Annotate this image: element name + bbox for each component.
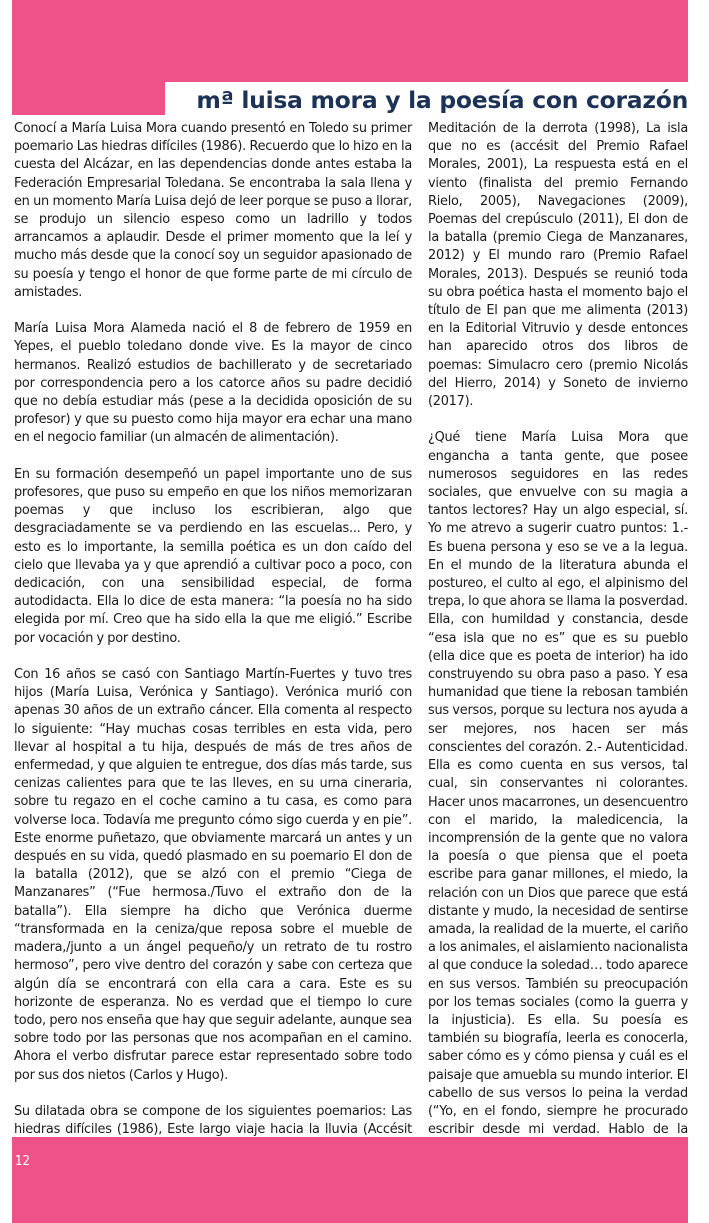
page-number: 12	[15, 1154, 30, 1169]
left-column: Conocí a María Luisa Mora cuando present…	[14, 120, 412, 1212]
paragraph: Con 16 años se casó con Santiago Martín-…	[14, 666, 412, 1085]
paragraph: María Luisa Mora Alameda nació el 8 de f…	[14, 320, 412, 447]
paragraph: ¿Qué tiene María Luisa Mora que engancha…	[428, 429, 688, 1212]
paragraph: En su formación desempeñó un papel impor…	[14, 466, 412, 648]
right-column: Meditación de la derrota (1998), La isla…	[428, 120, 688, 1223]
paragraph: Meditación de la derrota (1998), La isla…	[428, 120, 688, 411]
footer-band	[12, 1137, 688, 1223]
paragraph: Conocí a María Luisa Mora cuando present…	[14, 120, 412, 302]
article-title: mª luisa mora y la poesía con corazón	[172, 82, 688, 118]
